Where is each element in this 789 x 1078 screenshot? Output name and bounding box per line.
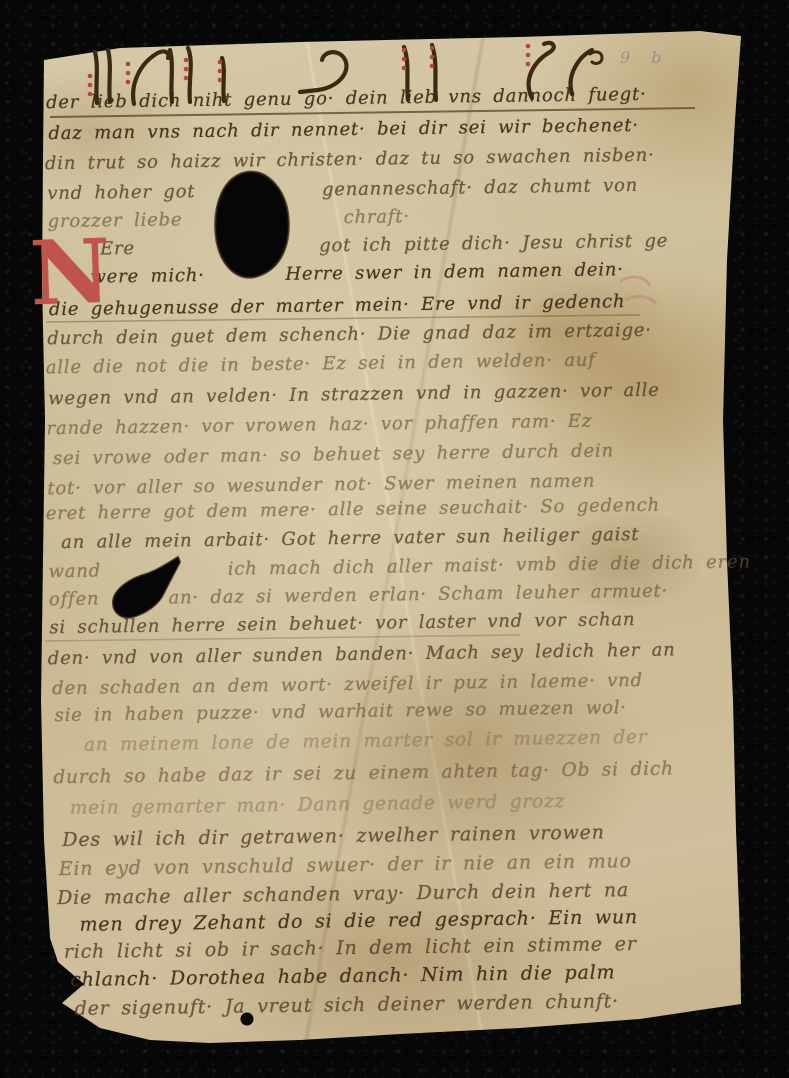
manuscript-photo: der lieb dich niht genu go· dein lieb vn… [0, 0, 789, 1078]
parchment-hole-wing [113, 557, 180, 618]
wormhole [241, 1013, 254, 1026]
parchment-holes [0, 0, 789, 1078]
parchment-hole-large [215, 172, 288, 278]
